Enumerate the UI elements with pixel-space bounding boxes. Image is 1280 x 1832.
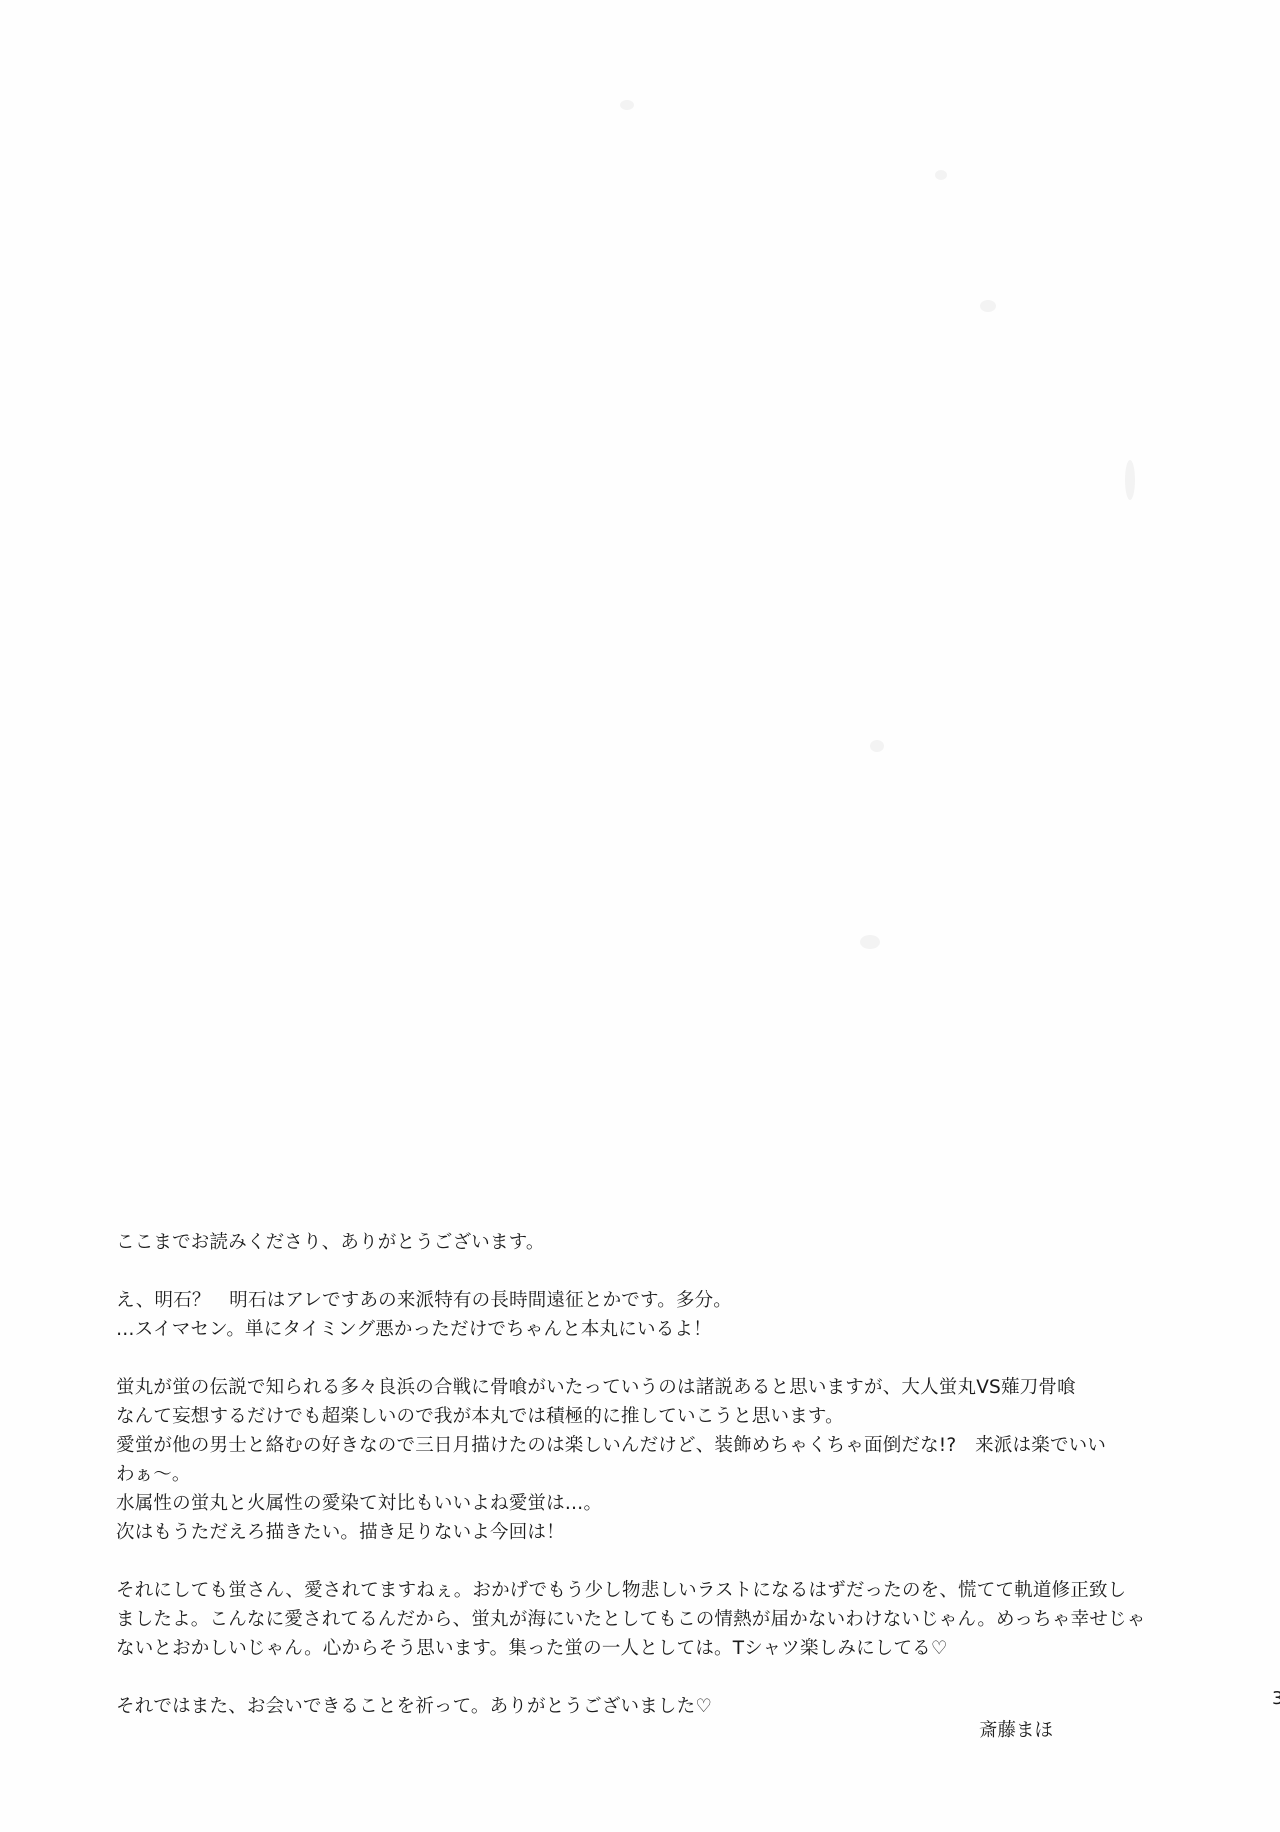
- scan-speck: [870, 740, 884, 752]
- scan-speck: [620, 100, 634, 110]
- paragraph-akashi: え、明石？ 明石はアレですあの来派特有の長時間遠征とかです。多分。 …スイマセン…: [116, 1286, 1216, 1344]
- text-line: 次はもうただえろ描きたい。描き足りないよ今回は！: [116, 1518, 1216, 1547]
- scan-speck: [860, 935, 880, 949]
- text-line: なんて妄想するだけでも超楽しいので我が本丸では積極的に推していこうと思います。: [116, 1402, 1216, 1431]
- text-line: ましたよ。こんなに愛されてるんだから、蛍丸が海にいたとしてもこの情熱が届かないわ…: [116, 1605, 1216, 1634]
- paragraph-thanks: それにしても蛍さん、愛されてますねぇ。おかげでもう少し物悲しいラストになるはずだ…: [116, 1576, 1216, 1663]
- page-number: 3: [1272, 1687, 1280, 1711]
- text-line: え、明石？ 明石はアレですあの来派特有の長時間遠征とかです。多分。: [116, 1286, 1216, 1315]
- text-line: ここまでお読みくださり、ありがとうございます。: [116, 1228, 1216, 1257]
- scan-speck: [980, 300, 996, 312]
- text-line: 水属性の蛍丸と火属性の愛染て対比もいいよね愛蛍は…。: [116, 1489, 1216, 1518]
- text-line: ないとおかしいじゃん。心からそう思います。集った蛍の一人としては。Tシャツ楽しみ…: [116, 1634, 1216, 1663]
- text-line: それにしても蛍さん、愛されてますねぇ。おかげでもう少し物悲しいラストになるはずだ…: [116, 1576, 1216, 1605]
- text-line: 愛蛍が他の男士と絡むの好きなので三日月描けたのは楽しいんだけど、装飾めちゃくちゃ…: [116, 1431, 1216, 1460]
- paragraph-notes: 蛍丸が蛍の伝説で知られる多々良浜の合戦に骨喰がいたっていうのは諸説あると思います…: [116, 1373, 1216, 1547]
- paragraph-greeting: ここまでお読みくださり、ありがとうございます。: [116, 1228, 1216, 1257]
- afterword-text: ここまでお読みくださり、ありがとうございます。 え、明石？ 明石はアレですあの来…: [116, 1228, 1216, 1750]
- scan-speck: [1125, 460, 1135, 500]
- scan-speck: [935, 170, 947, 180]
- author-signature: 斎藤まほ: [979, 1716, 1053, 1745]
- text-line: …スイマセン。単にタイミング悪かっただけでちゃんと本丸にいるよ！: [116, 1315, 1216, 1344]
- text-line: 蛍丸が蛍の伝説で知られる多々良浜の合戦に骨喰がいたっていうのは諸説あると思います…: [116, 1373, 1216, 1402]
- text-line: わぁ〜。: [116, 1460, 1216, 1489]
